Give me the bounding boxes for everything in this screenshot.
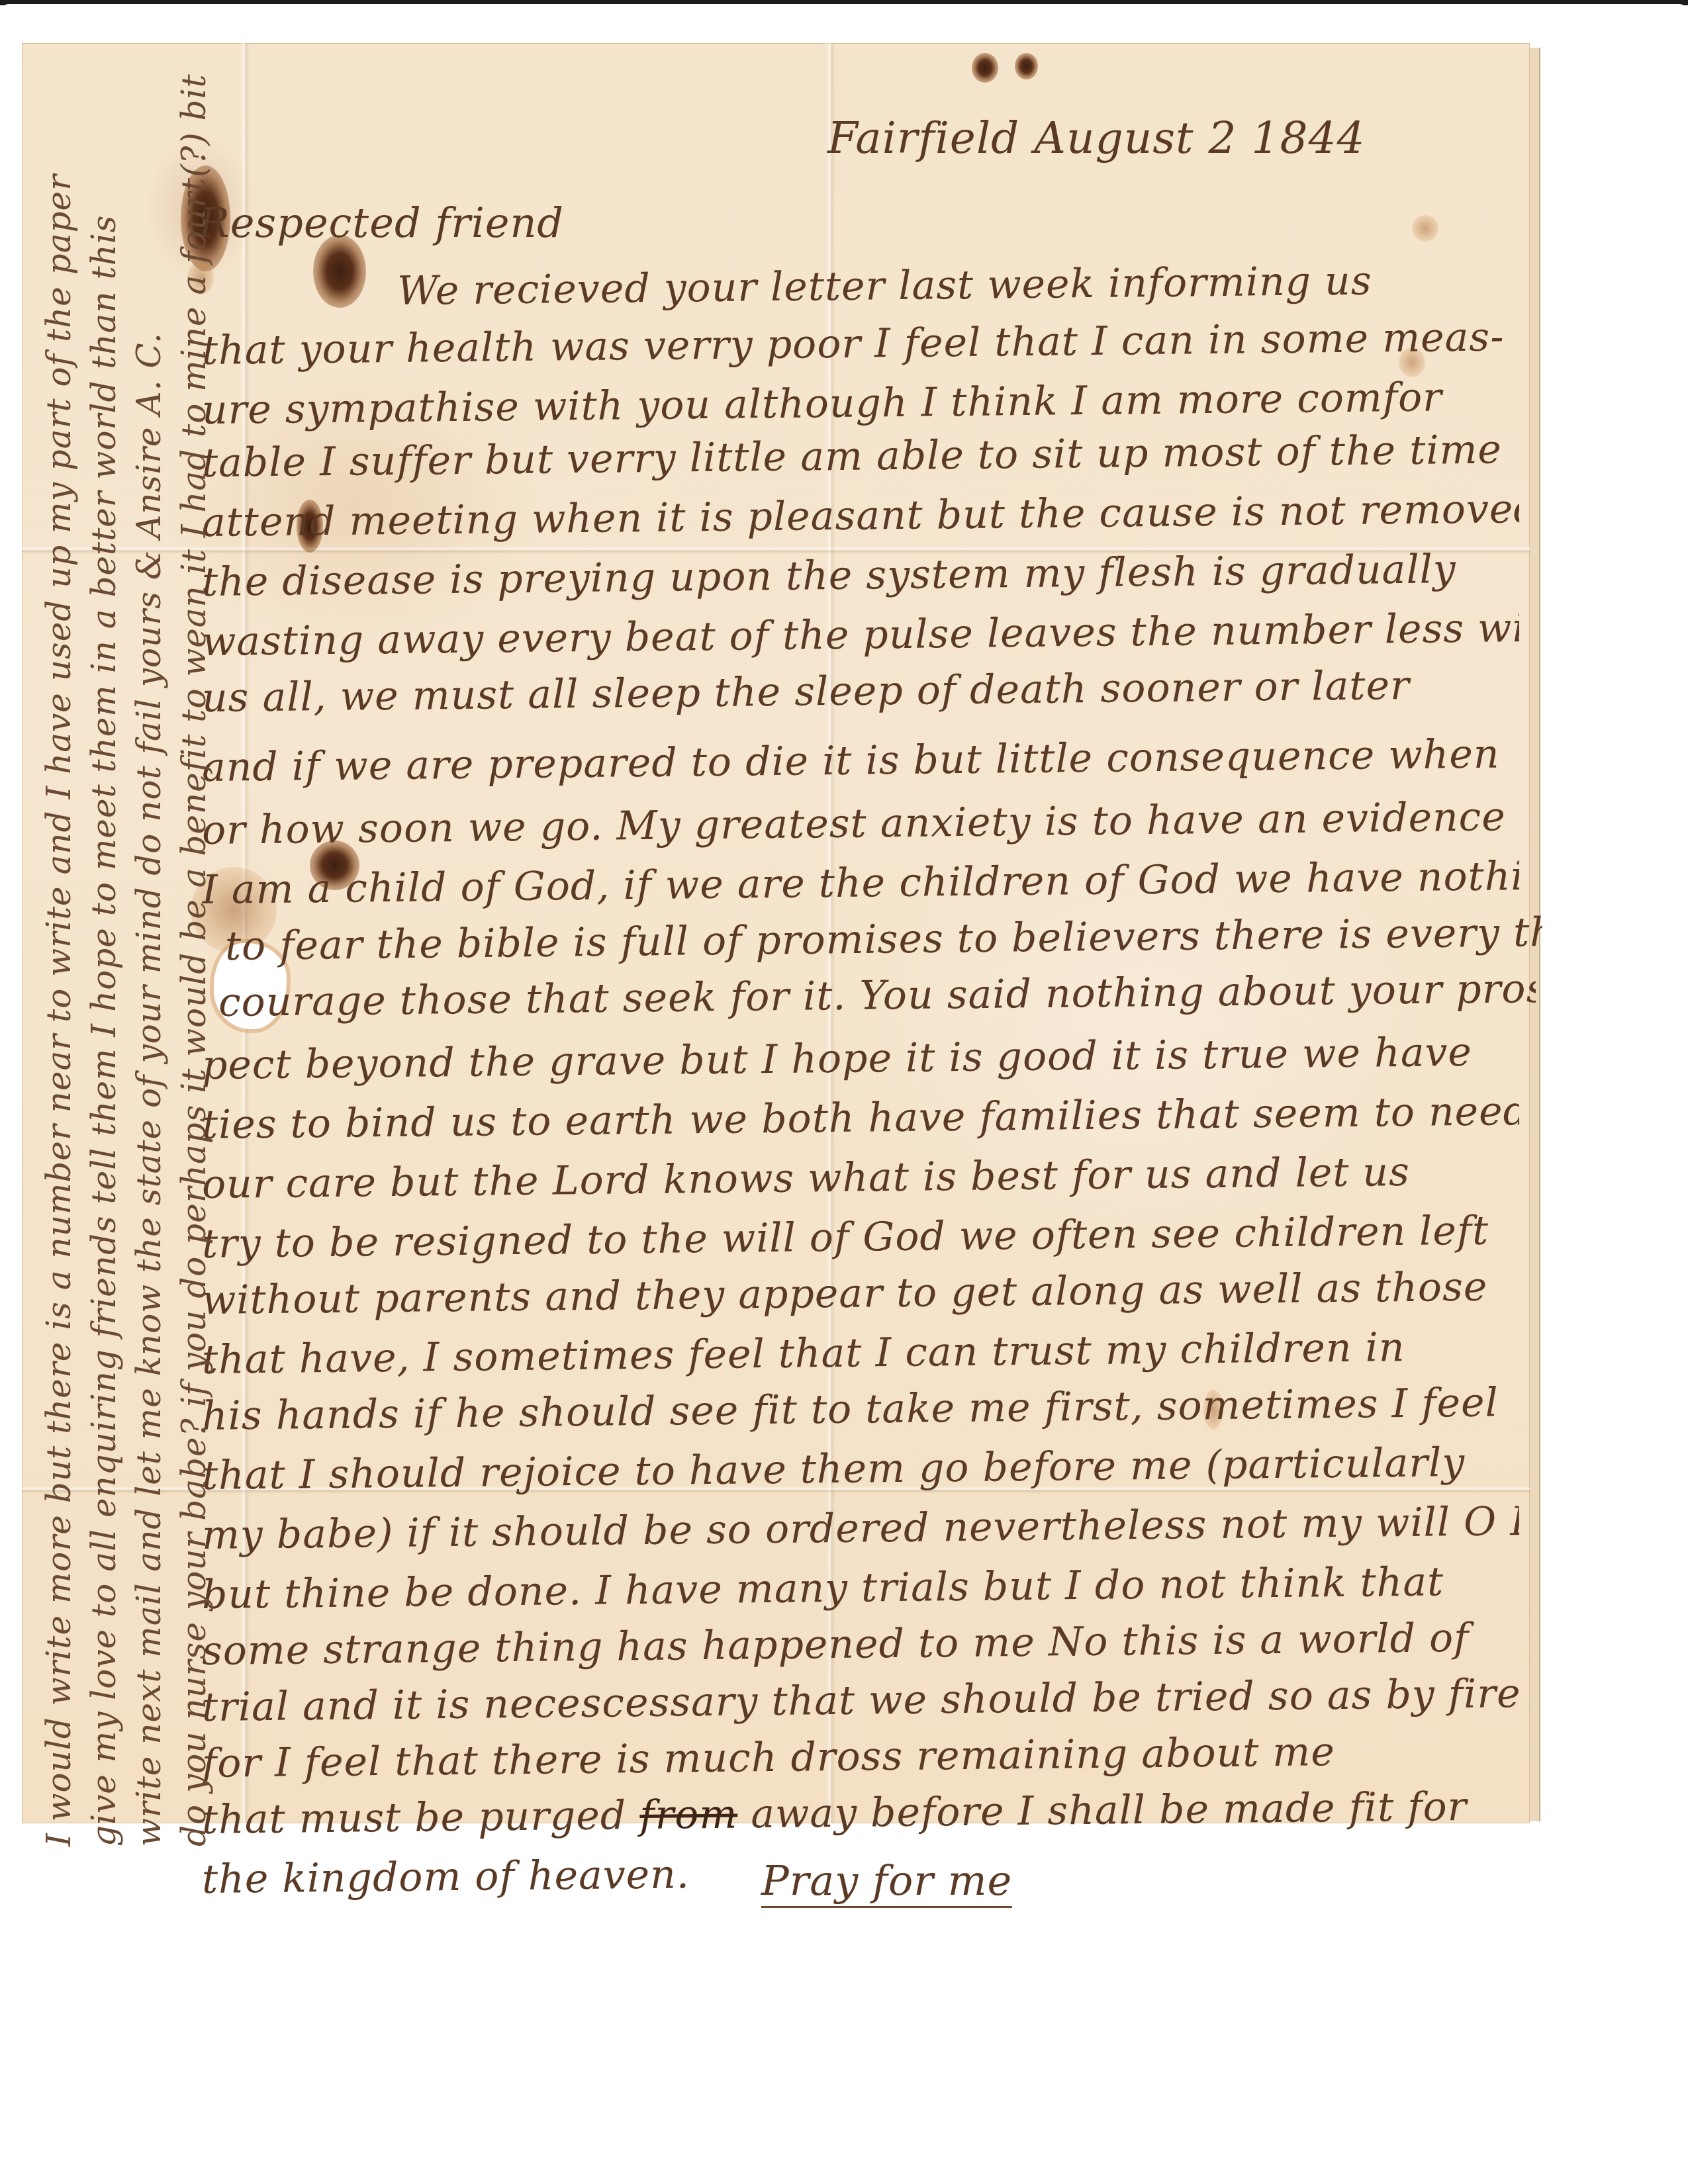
final-line: the kingdom of heaven. — [202, 1851, 732, 1903]
date-line: Fairfield August 2 1844 — [827, 113, 1366, 163]
text-segment: away before I shall be made fit for — [751, 1784, 1468, 1837]
burn-stain — [1015, 53, 1038, 79]
margin-note-line: do you nurse your babe? if you do perhap… — [171, 46, 216, 1846]
margin-note-line: give my love to all enquiring friends te… — [81, 46, 126, 1846]
text-segment: that must be purged — [202, 1792, 627, 1843]
margin-note-line: I would write more but there is a number… — [36, 46, 81, 1846]
burn-stain — [972, 53, 998, 83]
struck-out-word: from — [639, 1792, 738, 1839]
closing-underlined: Pray for me — [761, 1856, 1012, 1908]
margin-note: I would write more but there is a number… — [36, 46, 216, 1846]
foxing-spot — [1412, 215, 1438, 242]
margin-note-line: write next mail and let me know the stat… — [126, 46, 171, 1846]
salutation: Respected friend — [199, 199, 564, 247]
